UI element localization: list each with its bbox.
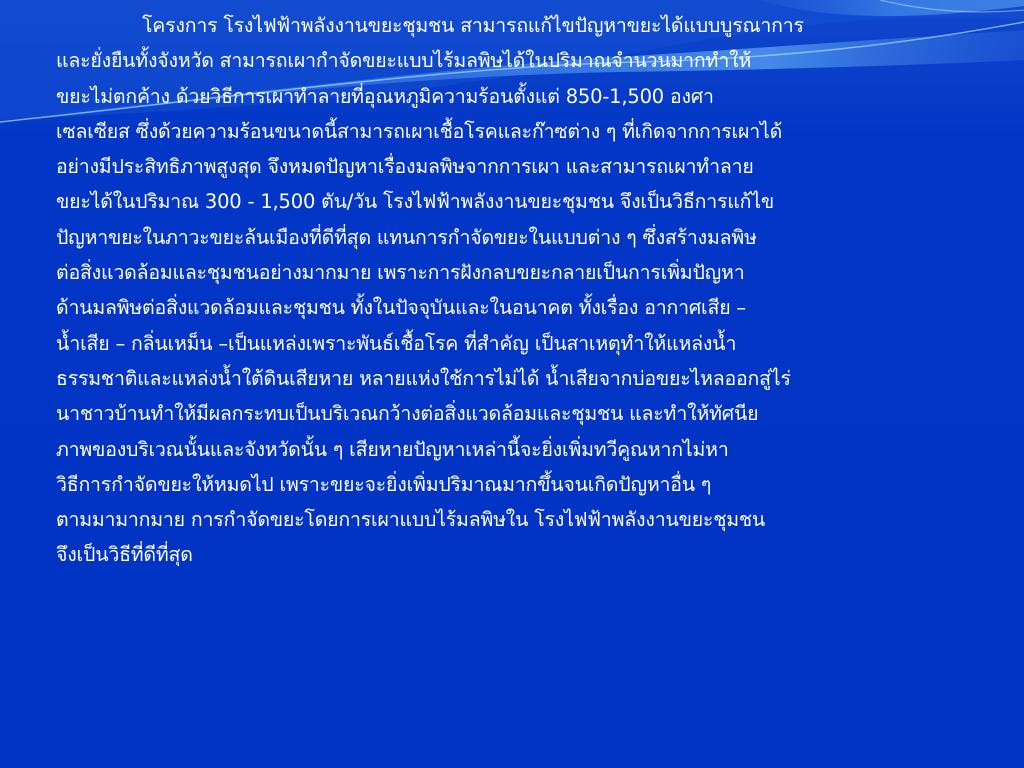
paragraph-line: ตามมามากมาย การกำจัดขยะโดยการเผาแบบไร้มล… <box>56 502 1016 537</box>
paragraph-line: ขยะไม่ตกค้าง ด้วยวิธีการเผาทำลายที่อุณหภ… <box>56 79 1016 114</box>
paragraph-line: ขยะได้ในปริมาณ 300 - 1,500 ตัน/วัน โรงไฟ… <box>56 184 1016 219</box>
slide-body-paragraph: โครงการ โรงไฟฟ้าพลังงานขยะชุมชน สามารถแก… <box>56 8 1016 573</box>
paragraph-line: โครงการ โรงไฟฟ้าพลังงานขยะชุมชน สามารถแก… <box>56 8 1016 43</box>
paragraph-line: อย่างมีประสิทธิภาพสูงสุด จึงหมดปัญหาเรื่… <box>56 149 1016 184</box>
paragraph-line: และยั่งยืนทั้งจังหวัด สามารถเผากำจัดขยะแ… <box>56 43 1016 78</box>
presentation-slide: โครงการ โรงไฟฟ้าพลังงานขยะชุมชน สามารถแก… <box>0 0 1024 768</box>
paragraph-line: นาชาวบ้านทำให้มีผลกระทบเป็นบริเวณกว้างต่… <box>56 396 1016 431</box>
paragraph-line: ภาพของบริเวณนั้นและจังหวัดนั้น ๆ เสียหาย… <box>56 432 1016 467</box>
paragraph-line: จึงเป็นวิธีที่ดีที่สุด <box>56 537 1016 572</box>
paragraph-line: ด้านมลพิษต่อสิ่งแวดล้อมและชุมชน ทั้งในปั… <box>56 290 1016 325</box>
paragraph-line: ธรรมชาติและแหล่งน้ำใต้ดินเสียหาย หลายแห่… <box>56 361 1016 396</box>
paragraph-line: เซลเซียส ซึ่งด้วยความร้อนขนาดนี้สามารถเผ… <box>56 114 1016 149</box>
paragraph-line: น้ำเสีย – กลิ่นเหม็น –เป็นแหล่งเพราะพันธ… <box>56 326 1016 361</box>
paragraph-line: ปัญหาขยะในภาวะขยะล้นเมืองที่ดีที่สุด แทน… <box>56 220 1016 255</box>
paragraph-line: ต่อสิ่งแวดล้อมและชุมชนอย่างมากมาย เพราะก… <box>56 255 1016 290</box>
paragraph-line: วิธีการกำจัดขยะให้หมดไป เพราะขยะจะยิ่งเพ… <box>56 467 1016 502</box>
